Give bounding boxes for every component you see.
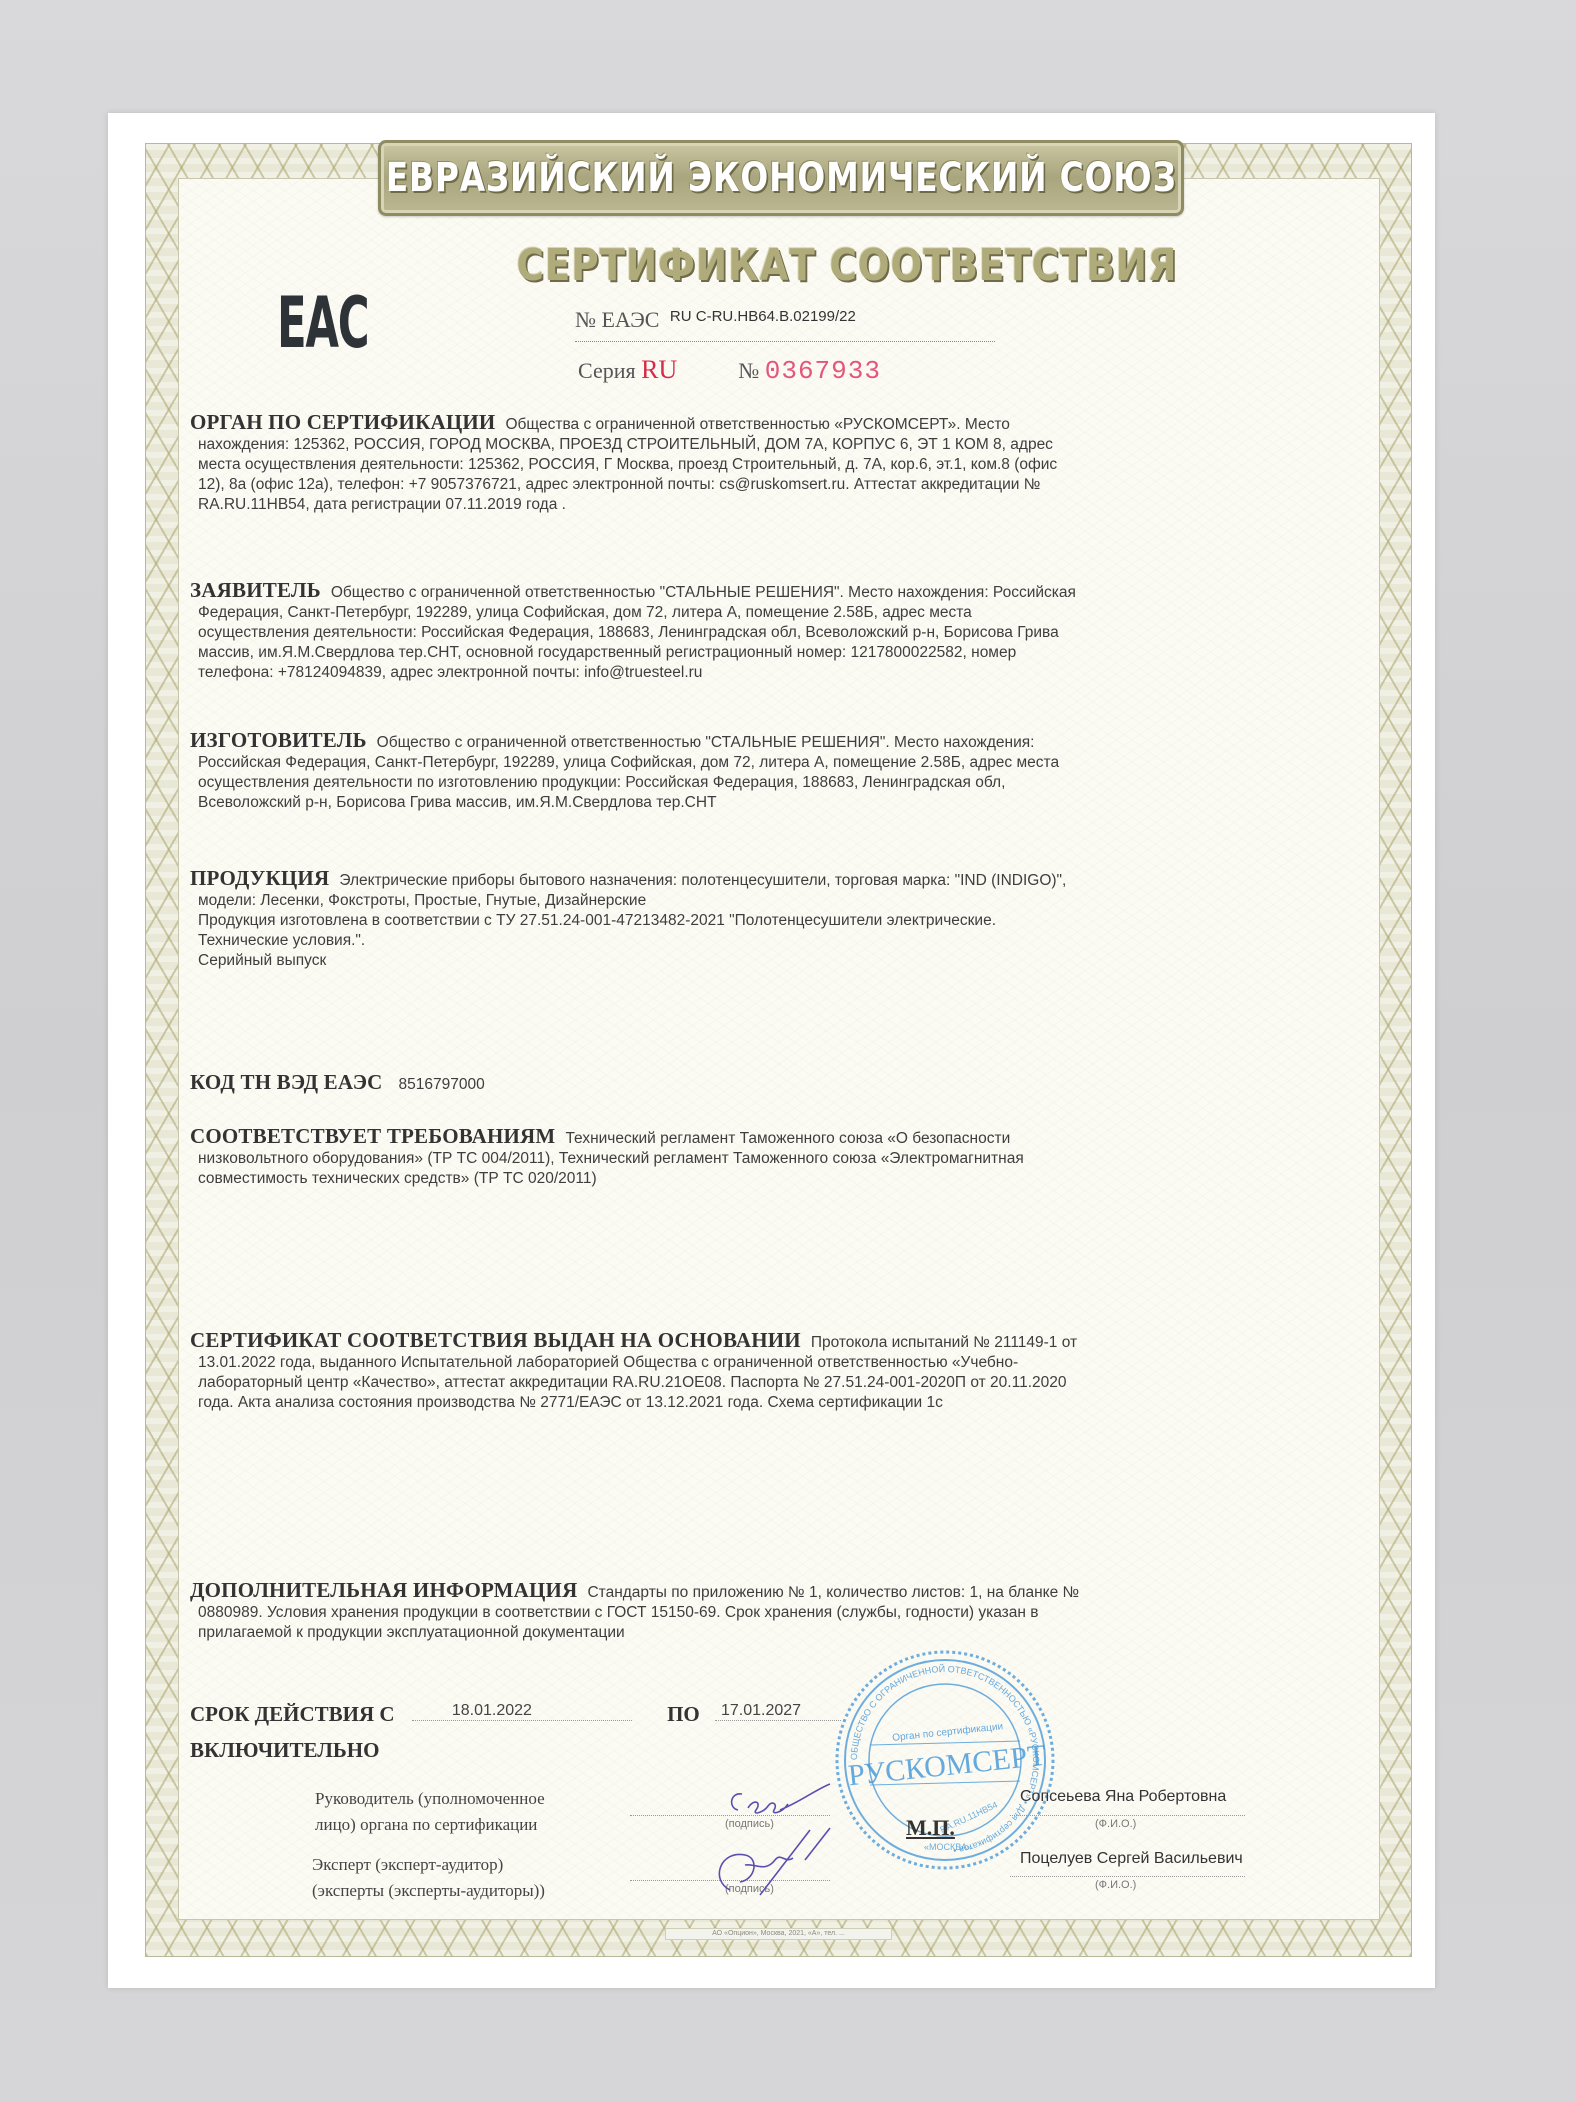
union-title: ЕВРАЗИЙСКИЙ ЭКОНОМИЧЕСКИЙ СОЮЗ [386,155,1177,201]
section-heading: СООТВЕТСТВУЕТ ТРЕБОВАНИЯМ [190,1124,555,1148]
registration-number-line: № ЕАЭС RU C-RU.HB64.B.02199/22 [575,307,995,342]
expert-name-line [1010,1876,1245,1877]
svg-text:Орган по сертификации: Орган по сертификации [892,1720,1004,1744]
section-additional-info: ДОПОЛНИТЕЛЬНАЯ ИНФОРМАЦИЯСтандарты по пр… [190,1580,1340,1643]
section-heading: ОРГАН ПО СЕРТИФИКАЦИИ [190,410,495,434]
series-value: RU [641,355,677,384]
validity-date-to: 17.01.2027 [715,1702,841,1721]
section-heading: КОД ТН ВЭД ЕАЭС [190,1070,383,1094]
section-compliance: СООТВЕТСТВУЕТ ТРЕБОВАНИЯМТехнический рег… [190,1126,1340,1189]
certificate-title: СЕРТИФИКАТ СООТВЕТСТВИЯ [517,240,1044,291]
section-applicant: ЗАЯВИТЕЛЬОбщество с ограниченной ответст… [190,580,1340,683]
section-heading: ЗАЯВИТЕЛЬ [190,578,321,602]
section-heading: ПРОДУКЦИЯ [190,866,329,890]
section-heading: ИЗГОТОВИТЕЛЬ [190,728,367,752]
head-name-line [1010,1815,1245,1816]
validity-period: СРОК ДЕЙСТВИЯ С 18.01.2022 ПО 17.01.2027 [190,1702,841,1727]
section-hs-code: КОД ТН ВЭД ЕАЭС8516797000 [190,1072,1340,1095]
number-label: № [738,358,759,383]
validity-date-from: 18.01.2022 [412,1702,632,1721]
section-heading: ДОПОЛНИТЕЛЬНАЯ ИНФОРМАЦИЯ [190,1578,577,1602]
section-certification-body: ОРГАН ПО СЕРТИФИКАЦИИОбщества с ограниче… [190,412,1340,515]
section-manufacturer: ИЗГОТОВИТЕЛЬОбщество с ограниченной отве… [190,730,1340,813]
series-line: Серия RU № 0367933 [578,355,881,386]
eac-logo-icon: ЕАС [268,268,378,378]
seal-place-label: М.П. [906,1815,955,1841]
head-signatory-name: Сопсеьева Яна Робертовна [1020,1788,1226,1806]
validity-inclusive-label: ВКЛЮЧИТЕЛЬНО [190,1738,379,1763]
hs-code-value: 8516797000 [399,1076,485,1093]
expert-signature-icon [700,1820,850,1900]
printer-info: АО «Опцион», Москва, 2021, «А», тел. ... [665,1928,892,1940]
section-heading: СЕРТИФИКАТ СООТВЕТСТВИЯ ВЫДАН НА ОСНОВАН… [190,1328,801,1352]
union-banner: ЕВРАЗИЙСКИЙ ЭКОНОМИЧЕСКИЙ СОЮЗ [378,140,1184,216]
registration-number: RU C-RU.HB64.B.02199/22 [670,308,856,325]
section-basis: СЕРТИФИКАТ СООТВЕТСТВИЯ ВЫДАН НА ОСНОВАН… [190,1330,1340,1413]
series-label: Серия [578,358,636,383]
expert-name: Поцелуев Сергей Васильевич [1020,1850,1243,1868]
validity-to-label: ПО [667,1702,700,1726]
head-signatory-label: Руководитель (уполномоченное лицо) орган… [315,1786,545,1838]
blank-number: 0367933 [765,356,881,386]
validity-from-label: СРОК ДЕЙСТВИЯ С [190,1702,395,1726]
expert-name-caption: (Ф.И.О.) [1095,1879,1136,1891]
section-product: ПРОДУКЦИЯЭлектрические приборы бытового … [190,868,1340,971]
registration-label: № ЕАЭС [575,307,659,332]
svg-text:«МОСКВА»: «МОСКВА» [924,1842,972,1852]
expert-label: Эксперт (эксперт-аудитор) (эксперты (экс… [312,1852,545,1904]
head-name-caption: (Ф.И.О.) [1095,1818,1136,1830]
